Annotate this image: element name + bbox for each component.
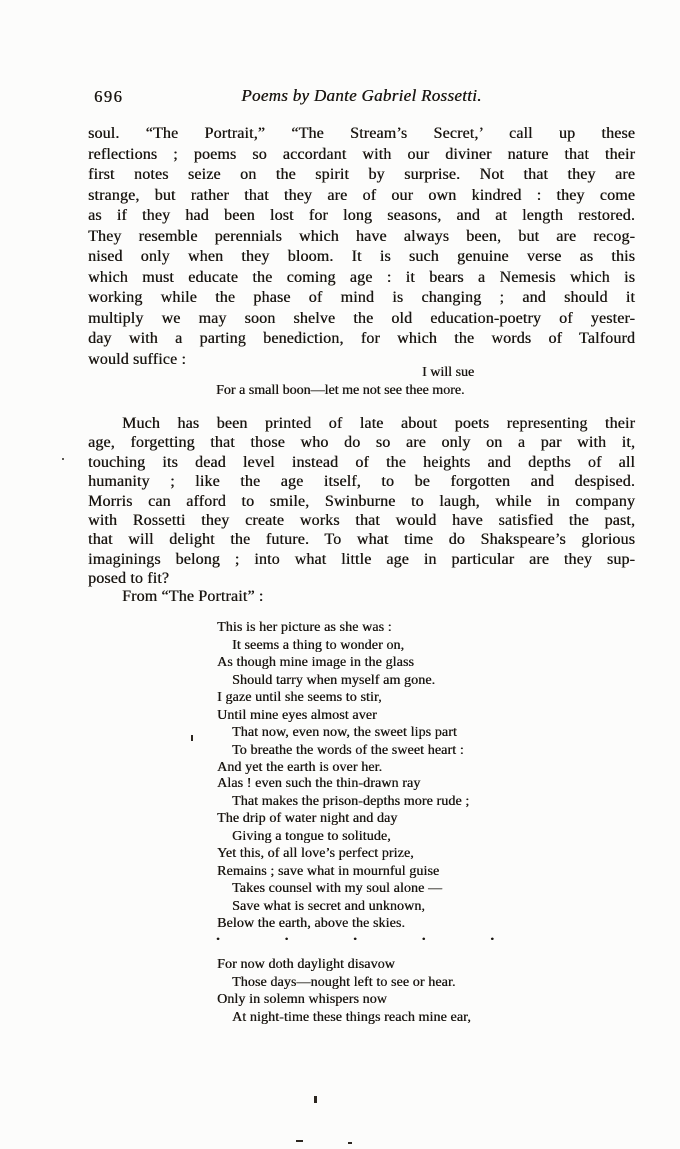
poem-line: For now doth daylight disavow <box>217 956 647 974</box>
poem-line: Those days—nought left to see or hear. <box>217 974 647 992</box>
scan-speck <box>62 458 64 460</box>
text-line: first notes seize on the spirit by surpr… <box>88 165 635 186</box>
text-line: touching its dead level instead of the h… <box>88 453 635 472</box>
poem-line: The drip of water night and day <box>217 810 647 828</box>
text-line: nised only when they bloom. It is such g… <box>88 247 635 268</box>
poem-line: That makes the prison-depths more rude ; <box>217 793 647 811</box>
poem-line: Until mine eyes almost aver <box>217 707 647 725</box>
page-header: 696 Poems by Dante Gabriel Rossetti. <box>88 86 635 110</box>
poem-line: Should tarry when myself am gone. <box>217 672 647 690</box>
text-line: Much has been printed of late about poet… <box>88 414 635 433</box>
poem-line: Remains ; save what in mournful guise <box>217 863 647 881</box>
text-line: Morris can afford to smile, Swinburne to… <box>88 492 635 511</box>
paragraph-2: Much has been printed of late about poet… <box>88 414 635 589</box>
poem-line: This is her picture as she was : <box>217 619 647 637</box>
separator-dot: . <box>216 928 220 945</box>
text-line: They resemble perennials which have alwa… <box>88 227 635 248</box>
poem-line: Alas ! even such the thin-drawn ray <box>217 775 647 793</box>
poem-intro-line: From “The Portrait” : <box>88 588 635 606</box>
text-line: soul. “The Portrait,” “The Stream’s Secr… <box>88 124 635 145</box>
text-line: strange, but rather that they are of our… <box>88 186 635 207</box>
poem-line: Takes counsel with my soul alone — <box>217 880 647 898</box>
quote-line: I will sue <box>88 364 635 382</box>
separator-dot: . <box>285 928 289 945</box>
text-line: posed to fit? <box>88 569 635 588</box>
poem-line: Save what is secret and unknown, <box>217 898 647 916</box>
poem-line: Only in solemn whispers now <box>217 991 647 1009</box>
poem-line: As though mine image in the glass <box>217 654 647 672</box>
separator-dot: . <box>422 928 426 945</box>
scan-speck <box>191 735 193 741</box>
text-line: working while the phase of mind is chang… <box>88 288 635 309</box>
quote-line: For a small boon—let me not see thee mor… <box>88 382 635 400</box>
text-line: imaginings belong ; into what little age… <box>88 550 635 569</box>
scanned-book-page: 696 Poems by Dante Gabriel Rossetti. sou… <box>0 0 680 1149</box>
text-line: reflections ; poems so accordant with ou… <box>88 145 635 166</box>
poem-stanza-1: This is her picture as she was : It seem… <box>217 619 647 777</box>
poem-line: That now, even now, the sweet lips part <box>217 724 647 742</box>
scan-speck <box>314 1096 317 1103</box>
poem-stanza-2: Alas ! even such the thin-drawn ray That… <box>217 775 647 933</box>
text-line: as if they had been lost for long season… <box>88 206 635 227</box>
poem-line: To breathe the words of the sweet heart … <box>217 742 647 760</box>
separator-dot: . <box>353 928 357 945</box>
running-title: Poems by Dante Gabriel Rossetti. <box>88 86 635 106</box>
verse-quote: I will sue For a small boon—let me not s… <box>88 364 635 399</box>
paragraph-1: soul. “The Portrait,” “The Stream’s Secr… <box>88 124 635 370</box>
poem-line: And yet the earth is over her. <box>217 759 647 777</box>
poem-stanza-3: For now doth daylight disavow Those days… <box>217 956 647 1026</box>
scan-speck <box>348 1142 352 1144</box>
poem-line: It seems a thing to wonder on, <box>217 637 647 655</box>
stanza-separator-dots: . . . . . <box>216 928 494 945</box>
text-line: age, forgetting that those who do so are… <box>88 433 635 452</box>
text-line: that will delight the future. To what ti… <box>88 530 635 549</box>
text-line: humanity ; like the age itself, to be fo… <box>88 472 635 491</box>
poem-line: Giving a tongue to solitude, <box>217 828 647 846</box>
text-line: multiply we may soon shelve the old educ… <box>88 309 635 330</box>
poem-line: Yet this, of all love’s perfect prize, <box>217 845 647 863</box>
separator-dot: . <box>490 928 494 945</box>
poem-line: I gaze until she seems to stir, <box>217 689 647 707</box>
text-line: which must educate the coming age : it b… <box>88 268 635 289</box>
text-line: with Rossetti they create works that wou… <box>88 511 635 530</box>
poem-line: At night-time these things reach mine ea… <box>217 1009 647 1027</box>
text-line: day with a parting benediction, for whic… <box>88 329 635 350</box>
scan-speck <box>296 1140 303 1142</box>
